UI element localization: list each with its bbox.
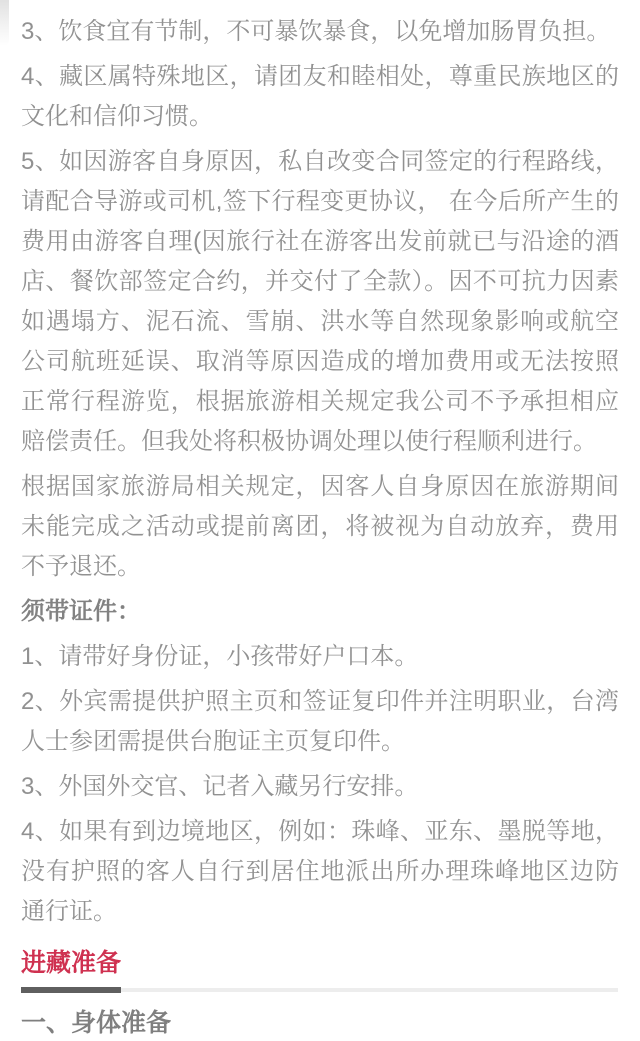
section-title: 进藏准备 <box>21 948 619 978</box>
notice-paragraph-4: 4、藏区属特殊地区，请团友和睦相处，尊重民族地区的文化和信仰习惯。 <box>21 57 619 137</box>
document-item-4: 4、如果有到边境地区，例如：珠峰、亚东、墨脱等地，没有护照的客人自行到居住地派出… <box>21 812 619 932</box>
notice-paragraph-5: 5、如因游客自身原因，私自改变合同签定的行程路线，请配合导游或司机,签下行程变更… <box>21 142 619 462</box>
page-edge-shadow <box>0 0 9 46</box>
document-item-2: 2、外宾需提供护照主页和签证复印件并注明职业，台湾人士参团需提供台胞证主页复印件… <box>21 682 619 762</box>
documents-required-heading: 须带证件： <box>21 592 619 632</box>
notice-paragraph-3: 3、饮食宜有节制，不可暴饮暴食，以免增加肠胃负担。 <box>21 12 619 52</box>
notice-paragraph-refund-policy: 根据国家旅游局相关规定，因客人自身原因在旅游期间未能完成之活动或提前离团，将被视… <box>21 467 619 587</box>
document-item-1: 1、请带好身份证，小孩带好户口本。 <box>21 637 619 677</box>
article-page: 3、饮食宜有节制，不可暴饮暴食，以免增加肠胃负担。 4、藏区属特殊地区，请团友和… <box>0 0 640 1038</box>
divider-accent-bar <box>21 987 121 993</box>
section-divider <box>21 988 618 992</box>
article-content: 3、饮食宜有节制，不可暴饮暴食，以免增加肠胃负担。 4、藏区属特殊地区，请团友和… <box>0 0 640 1038</box>
subsection-title: 一、身体准备 <box>21 1008 619 1038</box>
document-item-3: 3、外国外交官、记者入藏另行安排。 <box>21 767 619 807</box>
